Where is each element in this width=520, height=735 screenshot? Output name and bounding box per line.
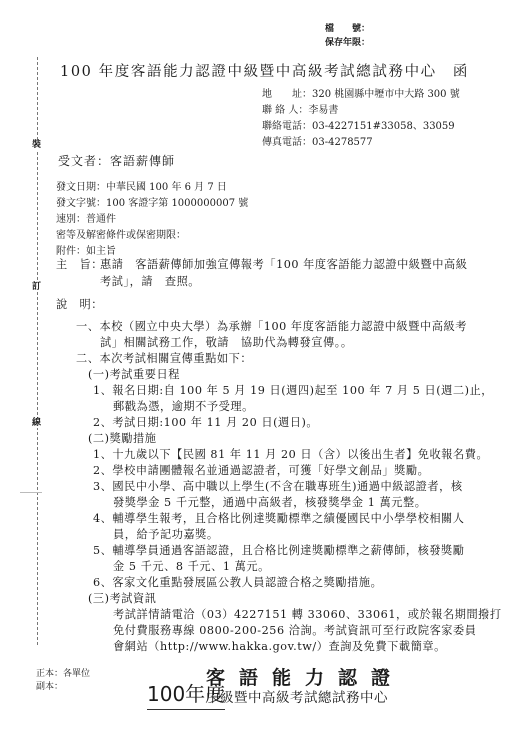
binding-mark-zhuang: 裝 — [32, 140, 41, 150]
contact-fax: 傳真電話：03-4278577 — [262, 133, 373, 148]
section-2-point-4-line-1: 4、輔導學生報考，且合格比例達獎勵標準之績優國民中小學學校相關人 — [93, 510, 465, 526]
subject-line-1: 惠請 客語薪傳師加強宣傳報考「100 年度客語能力認證中級暨中高級 — [100, 256, 468, 272]
subject-label: 主 旨： — [56, 256, 103, 272]
distribution-original: 正本：各單位 — [36, 666, 90, 679]
section-3-line-2: 免付費服務專線 0800-200-256 洽詢。考試資訊可至行政院客家委員 — [113, 622, 477, 638]
binding-mark-ding: 訂 — [32, 282, 41, 292]
binding-mark-xian: 線 — [32, 418, 41, 428]
attachment: 附件：如主旨 — [56, 242, 116, 257]
section-3-line-1: 考試詳情請電洽（03）4227151 轉 33060、33061，或於報名期間撥… — [113, 606, 502, 622]
explanation-item-1-line-1: 一、本校（國立中央大學）為承辦「100 年度客語能力認證中級暨中高級考 — [76, 318, 467, 334]
distribution-copy: 副本： — [36, 679, 63, 692]
signature-line-2: 中級暨中高級考試總試務中心 — [206, 686, 388, 706]
secrecy-level: 密等及解密條件或保密期限： — [56, 226, 186, 241]
section-2-heading: (二)獎勵措施 — [88, 430, 157, 446]
contact-person: 聯 絡 人：李易書 — [262, 101, 338, 116]
delivery-speed: 速別：普通件 — [56, 210, 116, 225]
retention-period-label: 保存年限： — [325, 35, 370, 48]
section-2-point-6: 6、客家文化重點發展區公教人員認證合格之獎勵措施。 — [93, 574, 382, 590]
section-2-point-3-line-2: 發獎學金 5 千元整，通過中高級者，核發獎學金 1 萬元整。 — [113, 494, 426, 510]
document-number: 發文字號：100 客證字第 1000000007 號 — [56, 194, 248, 209]
issue-date: 發文日期：中華民國 100 年 6 月 7 日 — [56, 178, 227, 193]
section-1-heading: (一)考試重要日程 — [88, 366, 180, 382]
section-2-point-5-line-1: 5、輔導學員通過客語認證，且合格比例達獎勵標準之薪傳師，核發獎勵 — [93, 542, 465, 558]
scan-mark — [20, 492, 42, 493]
contact-phone: 聯絡電話：03-4227151#33058、33059 — [262, 117, 455, 132]
contact-address: 地 址：320 桃園縣中壢市中大路 300 號 — [262, 85, 460, 100]
section-3-line-3: 會網站（http://www.hakka.gov.tw/）查詢及免費下載簡章。 — [113, 638, 446, 654]
section-2-point-3-line-1: 3、國民中小學、高中職以上學生(不含在職專班生)通過中級認證者，核 — [93, 478, 463, 494]
explanation-item-2-heading: 二、本次考試相關宣傳重點如下： — [76, 350, 252, 366]
recipient: 受文者：客語薪傳師 — [58, 152, 175, 169]
explanation-label: 說 明： — [56, 296, 103, 312]
section-1-point-2: 2、考試日期:100 年 11 月 20 日(週日)。 — [93, 414, 318, 430]
section-1-point-1-line-1: 1、報名日期:自 100 年 5 月 19 日(週四)起至 100 年 7 月 … — [93, 382, 493, 398]
explanation-item-1-line-2: 試」相關試務工作，敬請 協助代為轉發宣傳。。 — [100, 334, 353, 350]
section-2-point-2: 2、學校申請團體報名並通過認證者，可獲「好學文創品」獎勵。 — [93, 462, 429, 478]
section-2-point-4-line-2: 員，給予記功嘉獎。 — [113, 526, 219, 542]
section-2-point-5-line-2: 金 5 千元、8 千元、1 萬元。 — [113, 558, 270, 574]
document-title: 100 年度客語能力認證中級暨中高級考試總試務中心 函 — [60, 60, 469, 81]
file-number-label: 檔 號： — [325, 21, 370, 34]
section-3-heading: (三)考試資訊 — [88, 590, 157, 606]
subject-line-2: 考試」，請 查照。 — [100, 273, 200, 289]
section-1-point-1-line-2: 郵戳為憑，逾期不予受理。 — [113, 398, 254, 414]
section-2-point-1: 1、十九歲以下【民國 81 年 11 月 20 日（含）以後出生者】免收報名費。 — [93, 446, 488, 462]
